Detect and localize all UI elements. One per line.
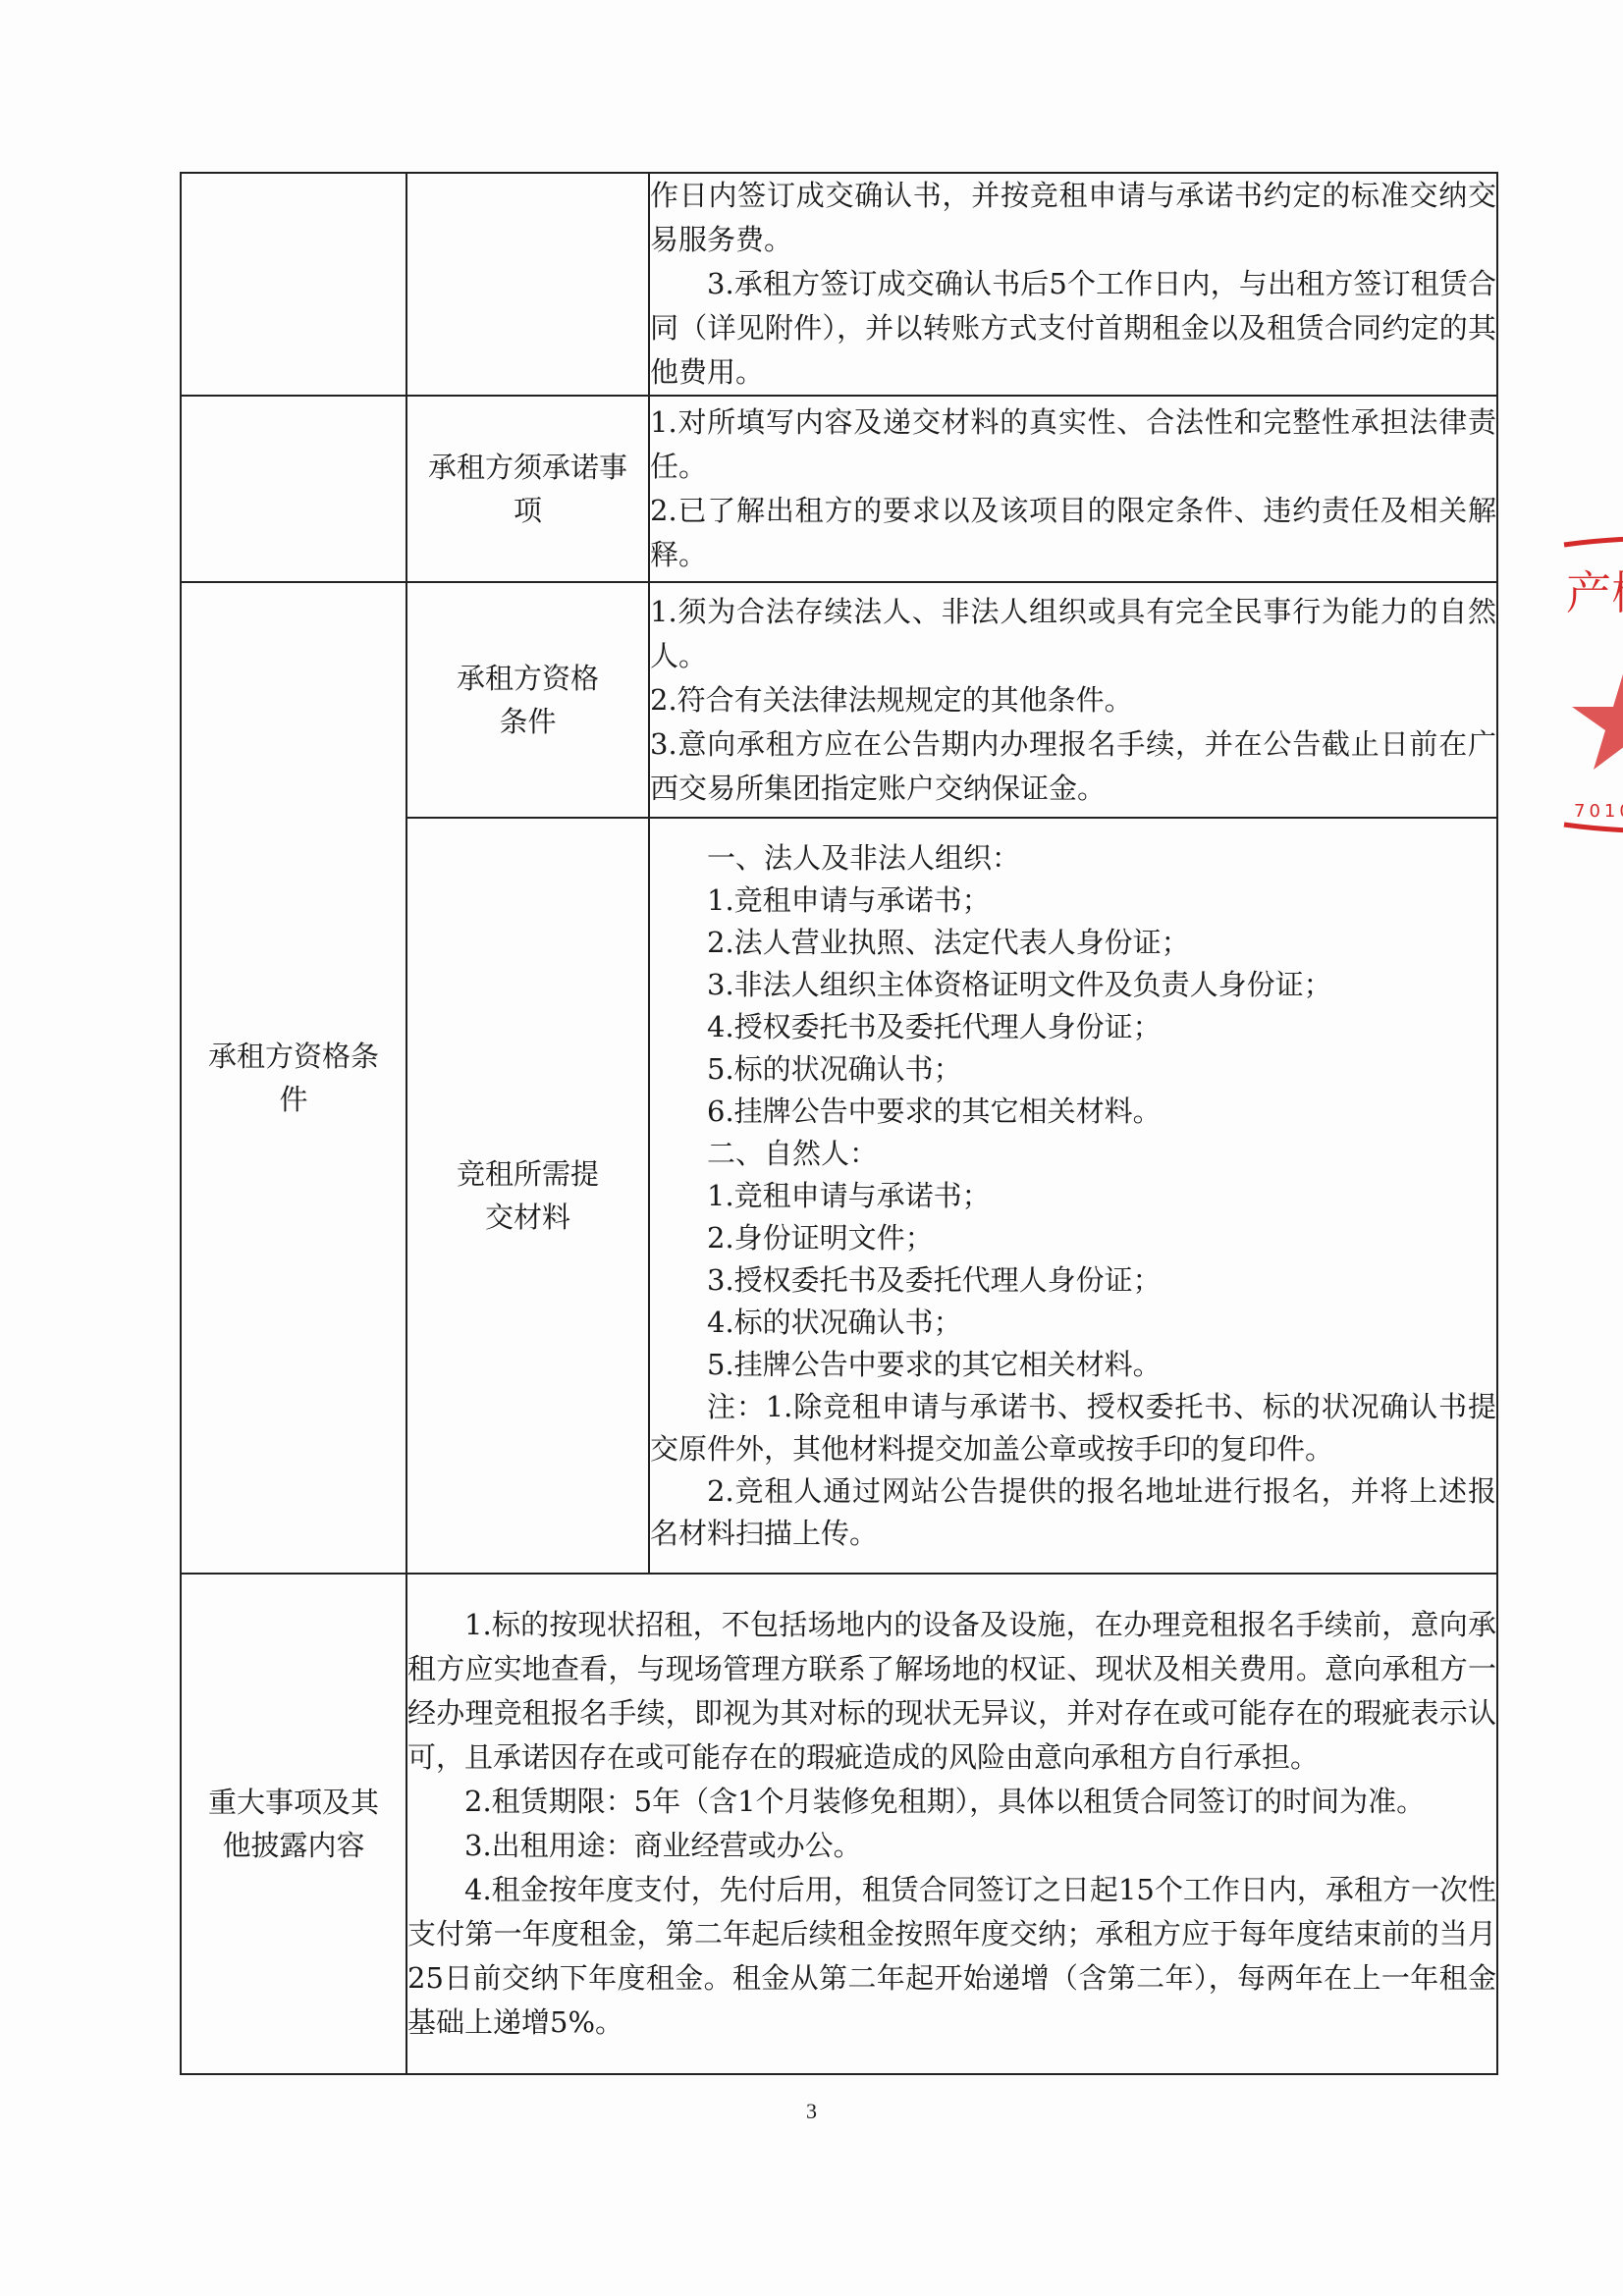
paragraph: 1.竞租申请与承诺书； — [650, 880, 1496, 922]
label-qualification: 承租方资格条件 — [407, 657, 648, 743]
label-commitment: 承租方须承诺事项 — [407, 446, 648, 532]
content-cell: 1.须为合法存续法人、非法人组织或具有完全民事行为能力的自然人。 2.符合有关法… — [649, 582, 1497, 818]
paragraph: 2.符合有关法律法规规定的其他条件。 — [650, 678, 1496, 722]
page-number: 3 — [0, 2099, 1623, 2124]
paragraph: 3.意向承租方应在公告期内办理报名手续，并在公告截止日前在广西交易所集团指定账户… — [650, 722, 1496, 811]
svg-text:7010: 7010 — [1574, 801, 1623, 822]
paragraph: 1.竞租申请与承诺书； — [650, 1175, 1496, 1217]
note-paragraph: 2.竞租人通过网站公告提供的报名地址进行报名，并将上述报名材料扫描上传。 — [650, 1470, 1496, 1555]
paragraph: 4.标的状况确认书； — [650, 1302, 1496, 1344]
note-paragraph: 注：1.除竞租申请与承诺书、授权委托书、标的状况确认书提交原件外，其他材料提交加… — [650, 1386, 1496, 1470]
paragraph: 1.标的按现状招租，不包括场地内的设备及设施，在办理竞租报名手续前，意向承租方应… — [407, 1603, 1496, 1780]
content-cell: 一、法人及非法人组织： 1.竞租申请与承诺书； 2.法人营业执照、法定代表人身份… — [649, 818, 1497, 1574]
table-row-continuation: 作日内签订成交确认书，并按竞租申请与承诺书约定的标准交纳交易服务费。 3.承租方… — [181, 173, 1497, 396]
content-cell: 1.对所填写内容及递交材料的真实性、合法性和完整性承担法律责任。 2.已了解出租… — [649, 396, 1497, 582]
label-materials: 竞租所需提交材料 — [407, 1152, 648, 1239]
paragraph: 3.承租方签订成交确认书后5个工作日内，与出租方签订租赁合同（详见附件），并以转… — [650, 262, 1496, 395]
document-page: 作日内签订成交确认书，并按竞租申请与承诺书约定的标准交纳交易服务费。 3.承租方… — [0, 0, 1623, 2296]
section-cell-empty — [181, 173, 406, 396]
section-cell-empty — [181, 396, 406, 582]
paragraph: 2.租赁期限：5年（含1个月装修免租期），具体以租赁合同签订的时间为准。 — [407, 1780, 1496, 1824]
section-cell: 承租方资格条件 — [181, 582, 406, 1574]
label-cell: 承租方须承诺事项 — [406, 396, 649, 582]
paragraph: 3.授权委托书及委托代理人身份证； — [650, 1259, 1496, 1302]
content-cell: 作日内签订成交确认书，并按竞租申请与承诺书约定的标准交纳交易服务费。 3.承租方… — [649, 173, 1497, 396]
section-cell: 重大事项及其他披露内容 — [181, 1574, 406, 2074]
paragraph: 4.租金按年度支付，先付后用，租赁合同签订之日起15个工作日内，承租方一次性支付… — [407, 1868, 1496, 2045]
paragraph: 作日内签订成交确认书，并按竞租申请与承诺书约定的标准交纳交易服务费。 — [650, 174, 1496, 262]
seal-text: 产權 — [1566, 566, 1623, 619]
paragraph: 3.出租用途：商业经营或办公。 — [407, 1824, 1496, 1868]
paragraph: 3.非法人组织主体资格证明文件及负责人身份证； — [650, 964, 1496, 1006]
paragraph: 一、法人及非法人组织： — [650, 837, 1496, 880]
paragraph: 5.挂牌公告中要求的其它相关材料。 — [650, 1344, 1496, 1386]
paragraph: 5.标的状况确认书； — [650, 1048, 1496, 1091]
paragraph: 2.已了解出租方的要求以及该项目的限定条件、违约责任及相关解释。 — [650, 489, 1496, 577]
paragraph: 6.挂牌公告中要求的其它相关材料。 — [650, 1091, 1496, 1133]
table-row-disclosure: 重大事项及其他披露内容 1.标的按现状招租，不包括场地内的设备及设施，在办理竞租… — [181, 1574, 1497, 2074]
paragraph: 二、自然人： — [650, 1133, 1496, 1175]
label-cell: 承租方资格条件 — [406, 582, 649, 818]
paragraph: 1.须为合法存续法人、非法人组织或具有完全民事行为能力的自然人。 — [650, 590, 1496, 678]
table-row-qualification: 承租方资格条件 承租方资格条件 1.须为合法存续法人、非法人组织或具有完全民事行… — [181, 582, 1497, 818]
content-cell: 1.标的按现状招租，不包括场地内的设备及设施，在办理竞租报名手续前，意向承租方应… — [406, 1574, 1497, 2074]
official-seal-icon: 产權 7010 — [1556, 510, 1623, 844]
label-cell-empty — [406, 173, 649, 396]
disclosure-table: 作日内签订成交确认书，并按竞租申请与承诺书约定的标准交纳交易服务费。 3.承租方… — [180, 172, 1498, 2075]
paragraph: 2.身份证明文件； — [650, 1217, 1496, 1259]
paragraph: 4.授权委托书及委托代理人身份证； — [650, 1006, 1496, 1048]
section-qualification: 承租方资格条件 — [182, 1035, 406, 1121]
paragraph: 1.对所填写内容及递交材料的真实性、合法性和完整性承担法律责任。 — [650, 400, 1496, 489]
label-cell: 竞租所需提交材料 — [406, 818, 649, 1574]
section-disclosure: 重大事项及其他披露内容 — [182, 1781, 406, 1867]
paragraph: 2.法人营业执照、法定代表人身份证； — [650, 922, 1496, 964]
table-row-commitment: 承租方须承诺事项 1.对所填写内容及递交材料的真实性、合法性和完整性承担法律责任… — [181, 396, 1497, 582]
